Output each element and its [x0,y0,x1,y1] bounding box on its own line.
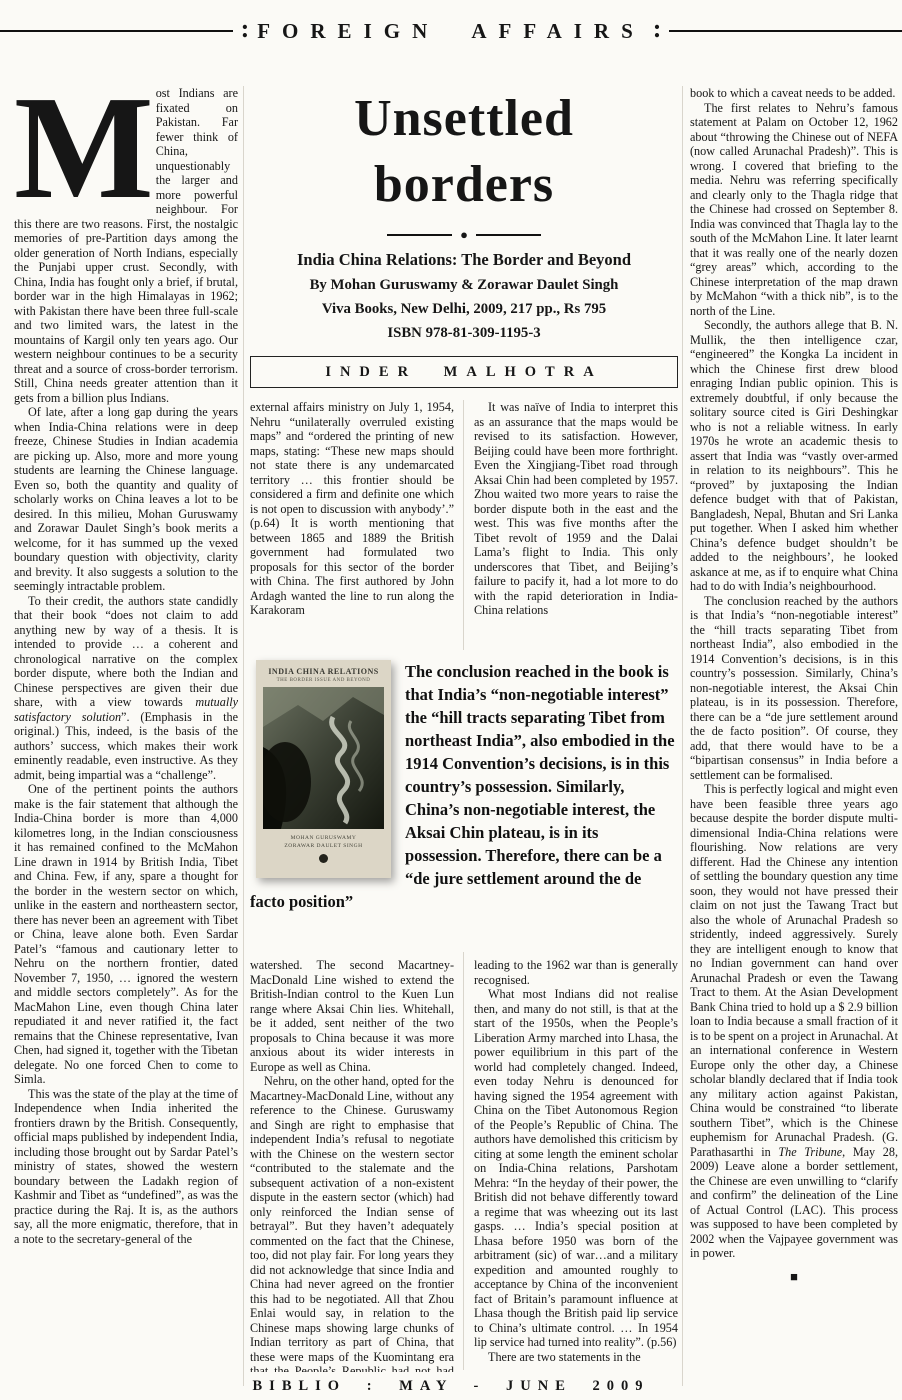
book-authors: By Mohan Guruswamy & Zorawar Daulet Sing… [250,277,678,294]
cover-authors: MOHAN GURUSWAMY ZORAWAR DAULET SINGH [263,834,384,850]
middle-section: Unsettled borders ● India China Relation… [250,84,678,1376]
paragraph: This is perfectly logical and might even… [690,782,898,1261]
headline-block: Unsettled borders ● India China Relation… [250,86,678,388]
column-4: book to which a caveat needs to be added… [690,86,898,1376]
end-of-article-mark: ■ [690,1269,898,1285]
paragraph: There are two statements in the [474,1350,678,1365]
paragraph: This was the state of the play at the ti… [14,1087,238,1247]
dropcap-letter: M [14,92,150,204]
column-3-top: It was naïve of India to interpret this … [474,400,678,652]
column-divider [682,86,683,1386]
paragraph: One of the pertinent points the authors … [14,782,238,1087]
masthead-colon-left: : [241,16,250,42]
masthead-colon-right: : [653,16,662,42]
paragraph: Nehru, on the other hand, opted for the … [250,1074,454,1372]
paragraph: leading to the 1962 war than is generall… [474,958,678,987]
column-1: Most Indians are fixated on Pakistan. Fa… [14,86,238,1396]
cover-subtitle: THE BORDER ISSUE AND BEYOND [263,678,384,683]
column-2-bottom: watershed. The second Macartney-MacDonal… [250,958,454,1372]
paragraph: Of late, after a long gap during the yea… [14,405,238,594]
paragraph: It was naïve of India to interpret this … [474,400,678,618]
paragraph: book to which a caveat needs to be added… [690,86,898,101]
figure-block: INDIA CHINA RELATIONS THE BORDER ISSUE A… [250,658,678,950]
title-divider: ● [379,230,549,240]
review-title: Unsettled borders [250,86,678,218]
paragraph: To their credit, the authors state candi… [14,594,238,783]
section-title: FOREIGN AFFAIRS [257,19,645,44]
journal-footer: BIBLIO : MAY - JUNE 2009 [0,1378,902,1395]
publication-name: The Tribune [778,1145,842,1159]
masthead-rule-right [669,30,902,32]
column-3-bottom: leading to the 1962 war than is generall… [474,958,678,1372]
paragraph: The first relates to Nehru’s famous stat… [690,101,898,319]
column-2-top: external affairs ministry on July 1, 195… [250,400,454,652]
cover-title: INDIA CHINA RELATIONS [263,667,384,676]
book-cover-image: INDIA CHINA RELATIONS THE BORDER ISSUE A… [256,660,391,878]
paragraph: external affairs ministry on July 1, 195… [250,400,454,618]
middle-columns-bottom: watershed. The second Macartney-MacDonal… [250,958,678,1372]
reviewer-byline: INDER MALHOTRA [250,356,678,388]
paragraph: Secondly, the authors allege that B. N. … [690,318,898,594]
book-publisher: Viva Books, New Delhi, 2009, 217 pp., Rs… [250,301,678,318]
divider-bullet-icon: ● [460,230,468,240]
paragraph: The conclusion reached by the authors is… [690,594,898,783]
paragraph: What most Indians did not realise then, … [474,987,678,1350]
book-title: India China Relations: The Border and Be… [250,250,678,270]
magazine-page: : FOREIGN AFFAIRS : Most Indians are fix… [0,0,902,1400]
column-divider [243,86,244,1386]
paragraph: watershed. The second Macartney-MacDonal… [250,958,454,1074]
middle-columns-top: external affairs ministry on July 1, 195… [250,400,678,652]
section-masthead: : FOREIGN AFFAIRS : [0,16,902,46]
publisher-logo-icon [319,854,328,863]
opening-paragraph: Most Indians are fixated on Pakistan. Fa… [14,86,238,405]
cover-photo-art [263,687,384,829]
book-isbn: ISBN 978-81-309-1195-3 [250,325,678,342]
masthead-rule-left [0,30,233,32]
